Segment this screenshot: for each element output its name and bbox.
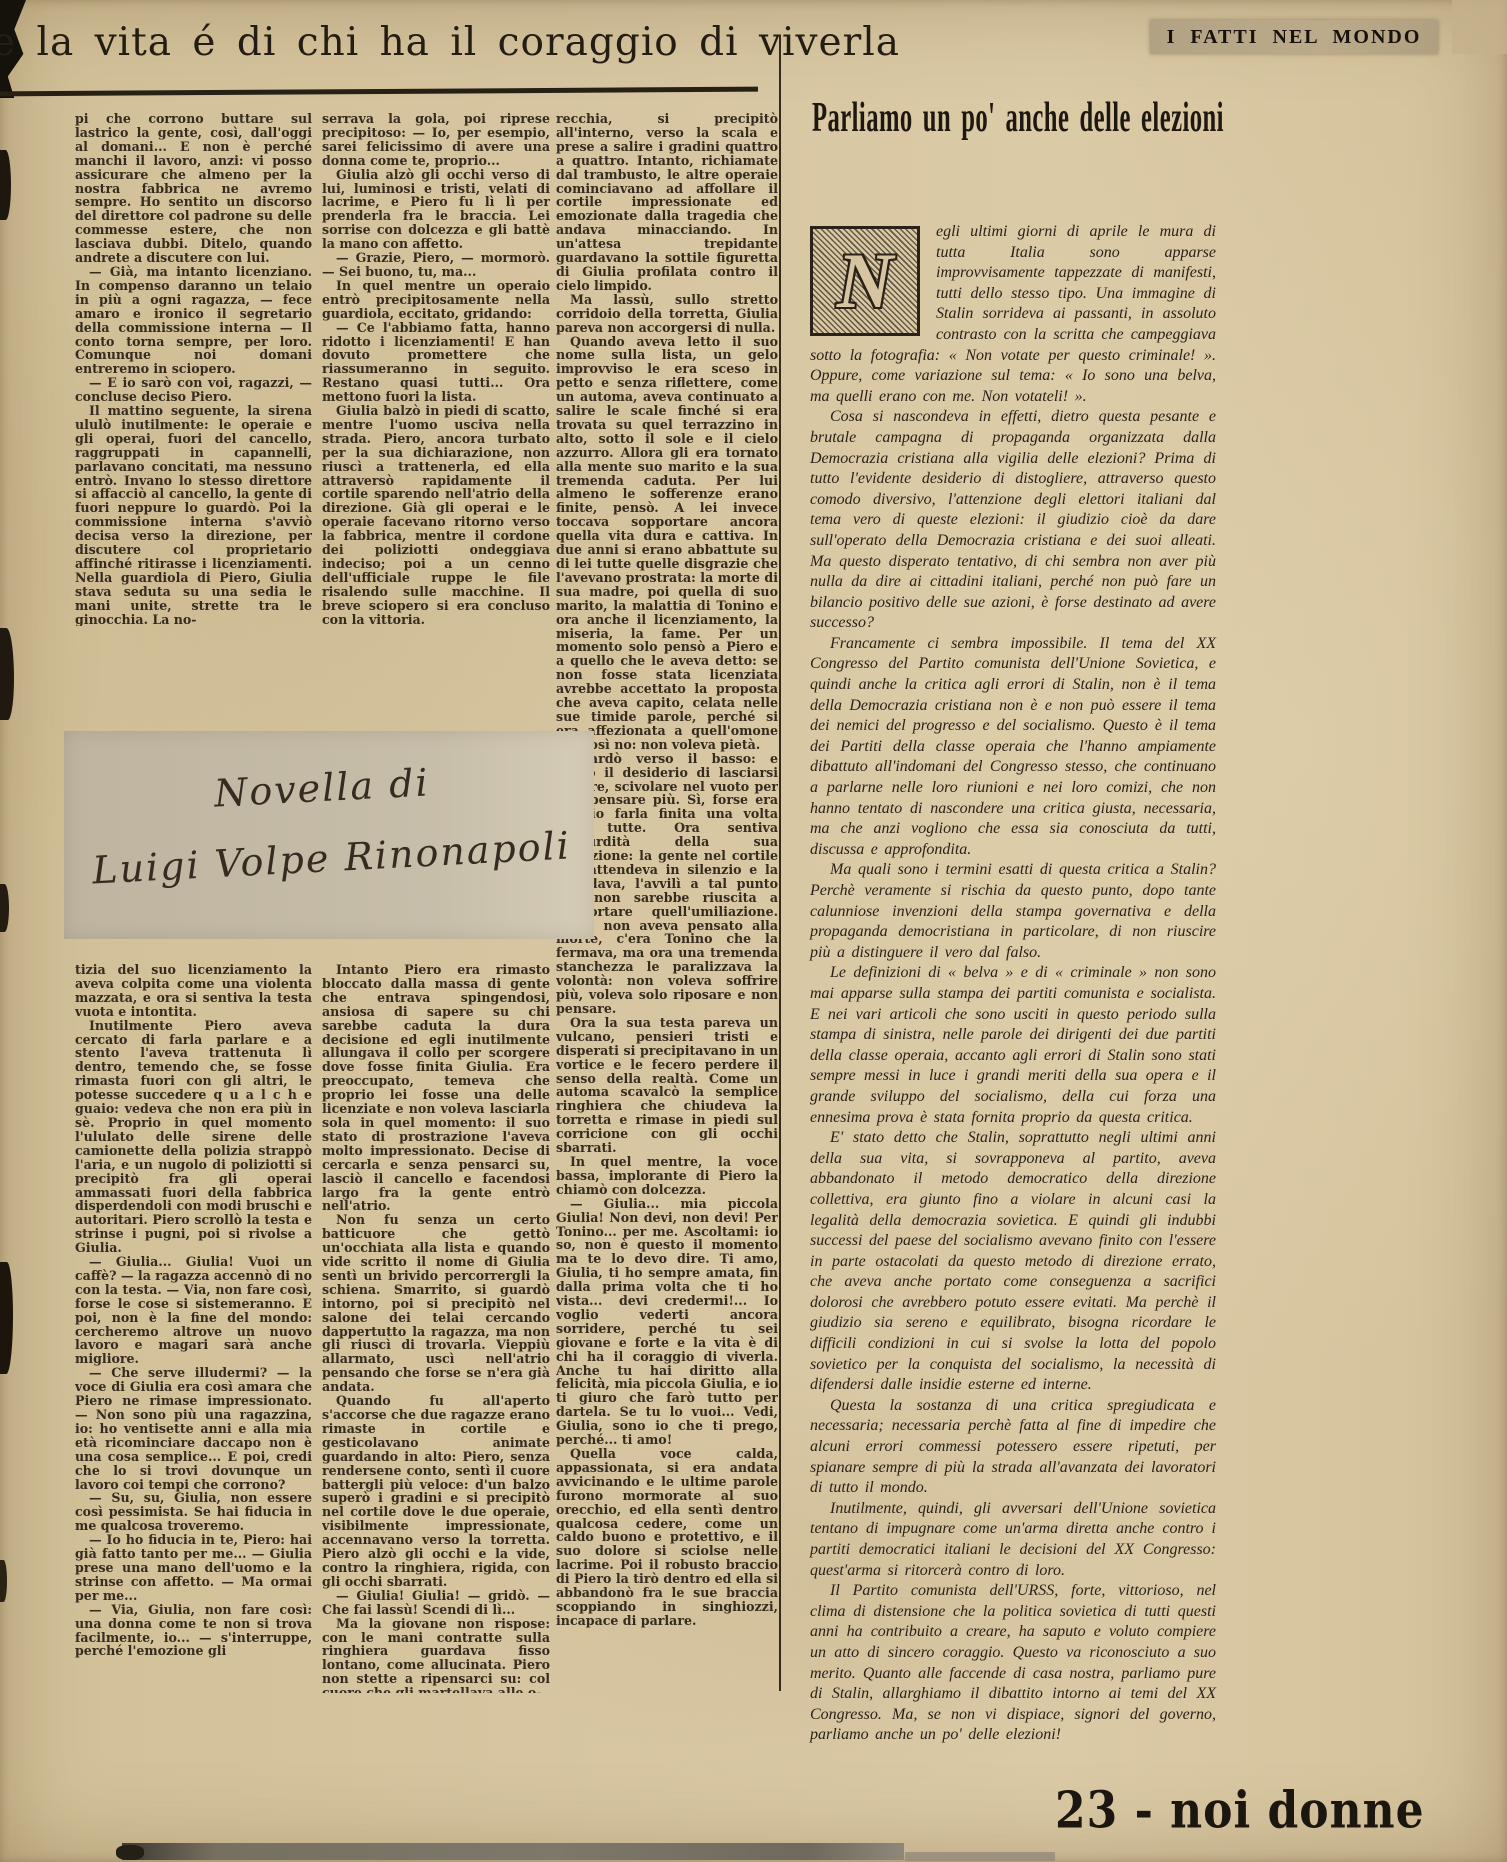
scan-artifact-edge-mark <box>0 1560 7 1602</box>
footer-separator: - <box>1135 1781 1154 1840</box>
scan-artifact-blob <box>116 1845 144 1860</box>
paragraph: Intanto Piero era rimasto bloccato dalla… <box>322 963 550 1213</box>
paragraph: serrava la gola, poi riprese precipitoso… <box>322 112 550 168</box>
paragraph: — Giulia... mia piccola Giulia! Non devi… <box>556 1197 778 1447</box>
scan-artifact-edge-mark <box>0 1262 13 1374</box>
scan-artifact-edge-mark <box>0 150 11 220</box>
paragraph: Quando aveva letto il suo nome sulla lis… <box>556 335 778 752</box>
dropcap-letter-n: N <box>837 242 893 320</box>
story-column-1-bottom: tizia del suo licenziamento la aveva col… <box>75 963 312 1689</box>
column-divider <box>779 36 781 1691</box>
paragraph: Giulia alzò gli occhi verso di lui, lumi… <box>322 168 550 251</box>
paragraph: Il Partito comunista dell'URSS, forte, v… <box>810 1581 1216 1746</box>
paragraph: Cosa si nascondeva in effetti, dietro qu… <box>810 407 1216 634</box>
paragraph: Francamente ci sembra impossibile. Il te… <box>810 634 1216 861</box>
magazine-page: e la vita é di chi ha il coraggio di viv… <box>0 0 1507 1862</box>
paragraph: Inutilmente, quindi, gli avversari dell'… <box>810 1499 1216 1581</box>
paragraph: Il mattino seguente, la sirena ululò inu… <box>75 404 312 626</box>
paragraph: tizia del suo licenziamento la aveva col… <box>75 963 312 1019</box>
paragraph: Giulia balzò in piedi di scatto, mentre … <box>322 404 550 626</box>
paragraph: Ma quali sono i termini esatti di questa… <box>810 860 1216 963</box>
page-footer: 23 - noi donne <box>1055 1786 1425 1837</box>
scan-artifact-bottom-strip <box>122 1843 904 1860</box>
paragraph: Ora la sua testa pareva un vulcano, pens… <box>556 1016 778 1155</box>
paragraph: — Già, ma intanto licenziano. In compens… <box>75 265 312 376</box>
paragraph: — Via, Giulia, non fare così: una donna … <box>75 1603 312 1659</box>
paragraph: Ma lassù, sullo stretto corridoio della … <box>556 293 778 335</box>
paragraph: Ma la giovane non rispose: con le mani c… <box>322 1617 550 1693</box>
dropcap-box: N <box>810 226 920 336</box>
paragraph: recchia, si precipitò all'interno, verso… <box>556 112 778 293</box>
section-badge: I FATTI NEL MONDO <box>1150 20 1438 54</box>
paragraph: In quel mentre, la voce bassa, implorant… <box>556 1155 778 1197</box>
paragraph: Quando fu all'aperto s'accorse che due r… <box>322 1394 550 1589</box>
scan-artifact-patch <box>1452 0 1507 54</box>
novella-byline-line2: Luigi Volpe Rinonapoli <box>91 826 571 889</box>
novella-byline-panel: Novella di Luigi Volpe Rinonapoli <box>64 731 594 939</box>
story-column-2-top: serrava la gola, poi riprese precipitoso… <box>322 112 550 626</box>
article-title: Parliamo un po' anche delle elezioni <box>812 98 1224 140</box>
paragraph: — Che serve illudermi? — la voce di Giul… <box>75 1366 312 1491</box>
paragraph: — Su, su, Giulia, non essere così pessim… <box>75 1491 312 1533</box>
paragraph: Quella voce calda, appassionata, si era … <box>556 1447 778 1628</box>
paragraph: — E io sarò con voi, ragazzi, — concluse… <box>75 376 312 404</box>
paragraph: — Giulia... Giulia! Vuoi un caffè? — la … <box>75 1255 312 1366</box>
article-body: N egli ultimi giorni di aprile le mura d… <box>810 222 1216 1746</box>
headline-rule <box>0 87 758 97</box>
story-headline: e la vita é di chi ha il coraggio di viv… <box>0 16 772 71</box>
story-column-1-top: pi che corrono buttare sul lastrico la g… <box>75 112 312 626</box>
paragraph: Questa la sostanza di una critica spregi… <box>810 1396 1216 1499</box>
paragraph: pi che corrono buttare sul lastrico la g… <box>75 112 312 265</box>
scan-artifact-edge-mark <box>0 884 9 932</box>
paragraph: — Io ho fiducia in te, Piero: hai già fa… <box>75 1533 312 1603</box>
paragraph: — Ce l'abbiamo fatta, hanno ridotto i li… <box>322 321 550 404</box>
paragraph: — Giulia! Giulia! — gridò. — Che fai las… <box>322 1589 550 1617</box>
paragraph: In quel mentre un operaio entrò precipit… <box>322 279 550 321</box>
scan-artifact-bottom-strip <box>905 1852 1055 1861</box>
page-number: 23 <box>1055 1781 1118 1840</box>
paragraph: — Grazie, Piero, — mormorò. — Sei buono,… <box>322 251 550 279</box>
scan-artifact-edge-mark <box>0 628 14 720</box>
paragraph: Non fu senza un certo batticuore che get… <box>322 1213 550 1394</box>
novella-byline-line1: Novella di <box>213 763 430 812</box>
paragraph: Inutilmente Piero aveva cercato di farla… <box>75 1019 312 1255</box>
paragraph: E' stato detto che Stalin, soprattutto n… <box>810 1128 1216 1396</box>
paragraph: Le definizioni di « belva » e di « crimi… <box>810 963 1216 1128</box>
story-column-2-bottom: Intanto Piero era rimasto bloccato dalla… <box>322 963 550 1693</box>
magazine-name: noi donne <box>1170 1781 1424 1840</box>
